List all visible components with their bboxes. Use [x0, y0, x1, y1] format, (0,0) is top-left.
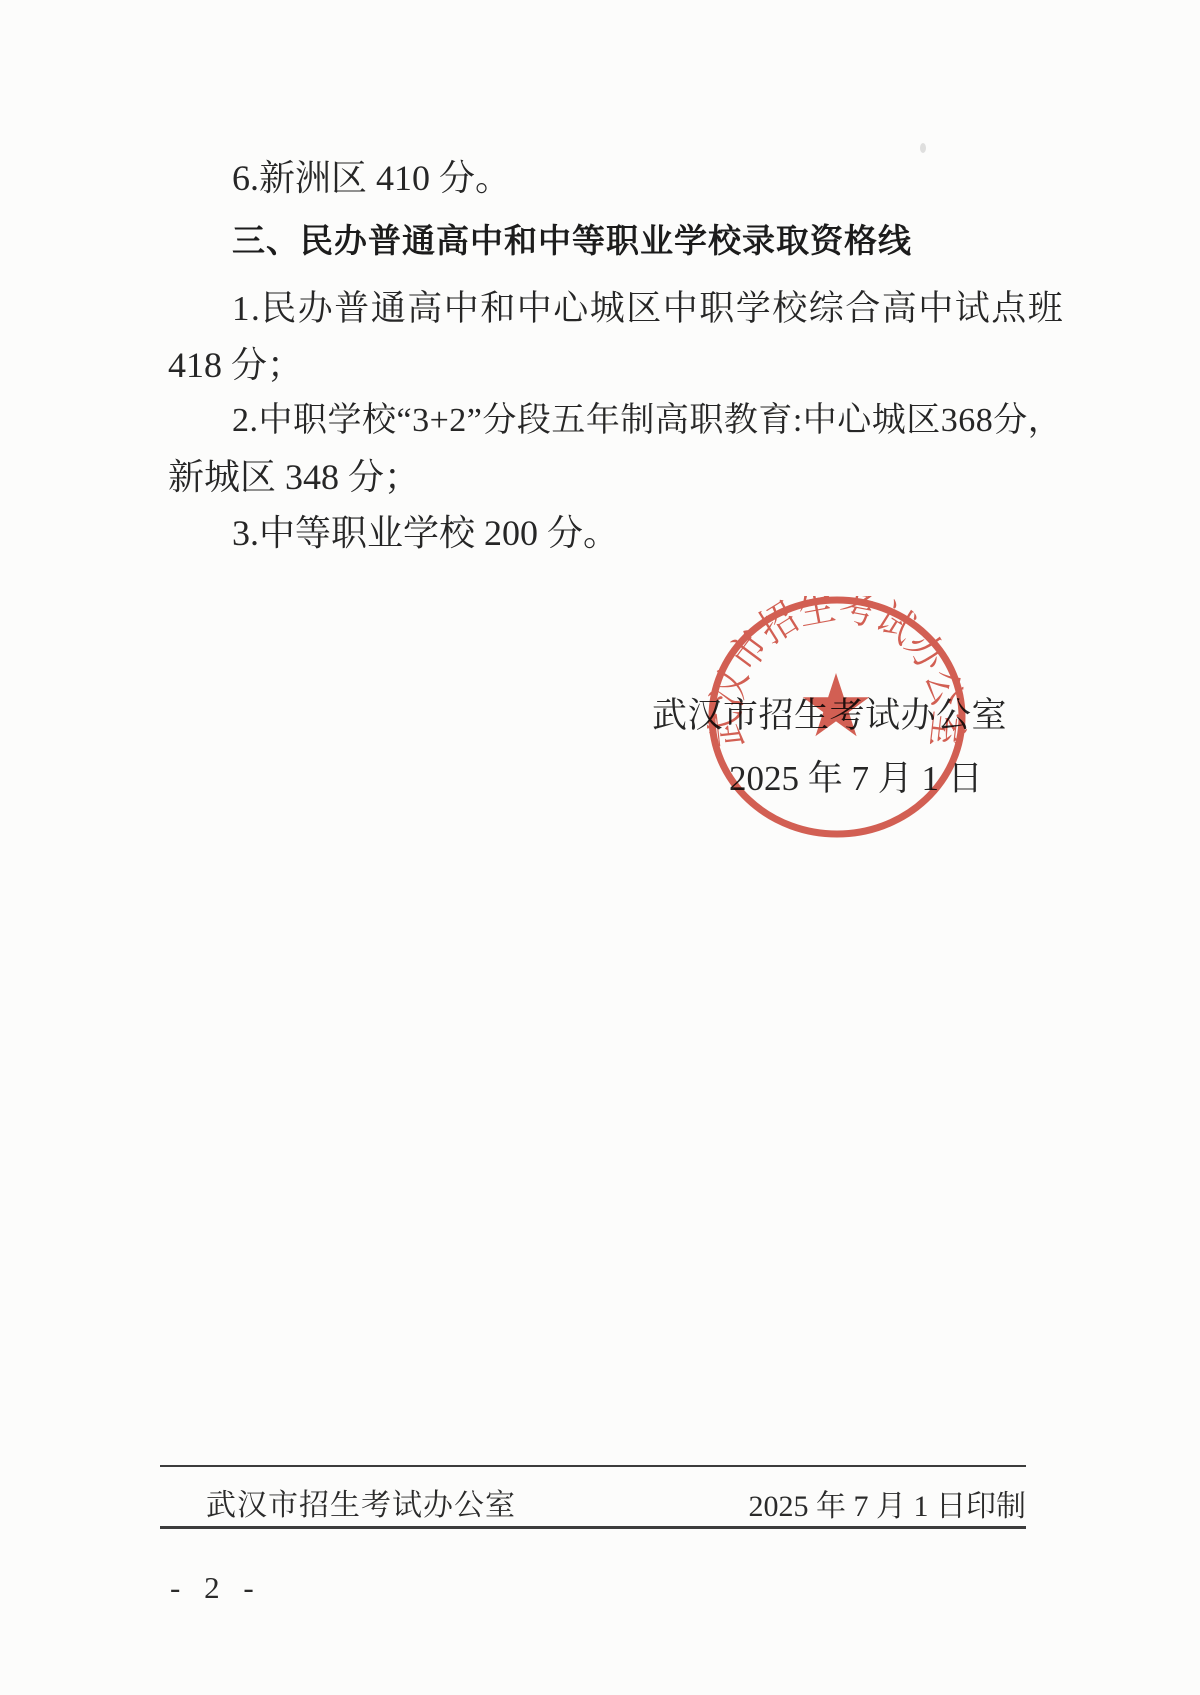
body-line-item2-1: 2.中职学校“3+2”分段五年制高职教育:中心城区368分， — [168, 399, 1112, 443]
body-line-item6: 6.新洲区 410 分。 — [168, 156, 1112, 200]
signature-date: 2025 年 7 月 1 日 — [729, 751, 983, 801]
body-line-item2-2: 新城区 348 分； — [168, 455, 1048, 499]
body-line-item1-1: 1.民办普通高中和中心城区中职学校综合高中试点班 — [168, 287, 1112, 331]
footer-organization: 武汉市招生考试办公室 — [206, 1480, 516, 1524]
footer-print-date: 2025 年 7 月 1 日印制 — [749, 1481, 1027, 1525]
body-line-item1-2: 418 分； — [168, 343, 1048, 387]
scan-artifact-speck — [920, 143, 926, 153]
footer-rule-top — [160, 1465, 1026, 1467]
document-page: 6.新洲区 410 分。 三、民办普通高中和中等职业学校录取资格线 1.民办普通… — [0, 0, 1200, 1695]
footer-rule-bottom — [160, 1526, 1026, 1529]
signature-organization: 武汉市招生考试办公室 — [652, 688, 1007, 738]
body-line-item3: 3.中等职业学校 200 分。 — [168, 511, 1112, 555]
section-heading-3: 三、民办普通高中和中等职业学校录取资格线 — [168, 219, 1112, 263]
page-number: - 2 - — [170, 1570, 262, 1606]
